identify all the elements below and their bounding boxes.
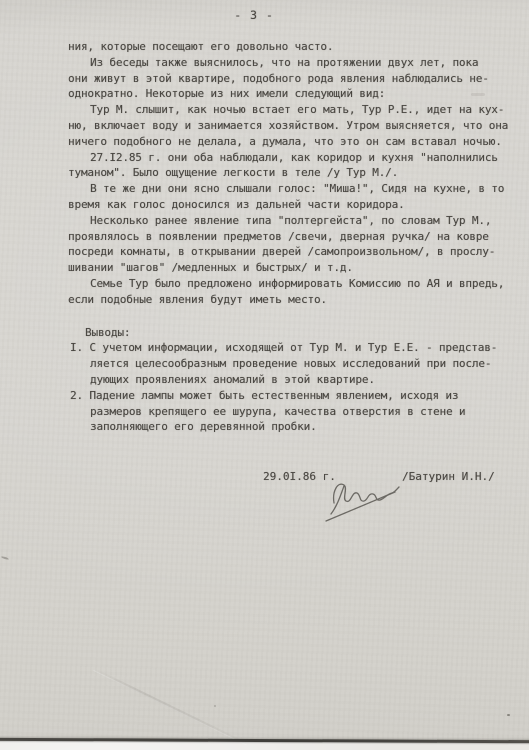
text-line: ляется целесообразным проведение новых и… — [0, 356, 529, 372]
text-line: Несколько ранее явление типа "полтергейс… — [0, 213, 529, 229]
text-line: посреди комнаты, в открывании дверей /са… — [0, 244, 529, 260]
text-line: заполняющего его деревянной пробки. — [0, 419, 529, 435]
text-line: В те же дни они ясно слышали голос: "Миш… — [0, 181, 529, 197]
text-line: размеров крепящего ее шурупа, качества о… — [0, 404, 529, 420]
paper-speck — [507, 714, 510, 716]
paper-speck — [1, 556, 9, 560]
page-number: - 3 - — [0, 8, 508, 22]
text-line: Семье Тур было предложено информировать … — [0, 276, 529, 292]
text-line: время как голос доносился из дальней час… — [0, 197, 529, 213]
text-line: шивании "шагов" /медленных и быстрых/ и … — [0, 260, 529, 276]
text-line: ничего подобного не делала, а думала, чт… — [0, 134, 529, 150]
paper-speck — [214, 705, 216, 707]
handwritten-signature — [318, 473, 410, 528]
text-line: Из беседы также выяснилось, что на протя… — [0, 55, 529, 71]
document-text: ния, которые посещают его довольно часто… — [0, 39, 529, 435]
text-line: если подобные явления будут иметь место. — [0, 292, 529, 308]
text-line: Выводы: — [0, 325, 529, 341]
signature-block: 29.0I.86 г. /Батурин И.Н./ — [0, 470, 529, 530]
text-line: они живут в этой квартире, подобного род… — [0, 71, 529, 87]
text-line: I. С учетом информации, исходящей от Тур… — [0, 340, 529, 356]
paper-sheet: - 3 - ния, которые посещают его довольно… — [0, 0, 529, 741]
text-line: 27.I2.85 г. они оба наблюдали, как корид… — [0, 150, 529, 166]
text-line: туманом". Было ощущение легкости в теле … — [0, 165, 529, 181]
text-line: ню, включает воду и занимается хозяйство… — [0, 118, 529, 134]
text-line: 2. Падение лампы может быть естественным… — [0, 388, 529, 404]
paper-crease — [93, 668, 247, 745]
text-line: Тур М. слышит, как ночью встает его мать… — [0, 102, 529, 118]
text-line: однократно. Некоторые из них имели следу… — [0, 86, 529, 102]
signatory-name: /Батурин И.Н./ — [402, 470, 495, 483]
text-line: дующих проявлениях аномалий в этой кварт… — [0, 372, 529, 388]
text-line: ния, которые посещают его довольно часто… — [0, 39, 529, 55]
paper-speck — [471, 93, 485, 96]
text-line: проявлялось в появлении предметов /свечи… — [0, 229, 529, 245]
scanned-document: - 3 - ния, которые посещают его довольно… — [0, 0, 529, 750]
